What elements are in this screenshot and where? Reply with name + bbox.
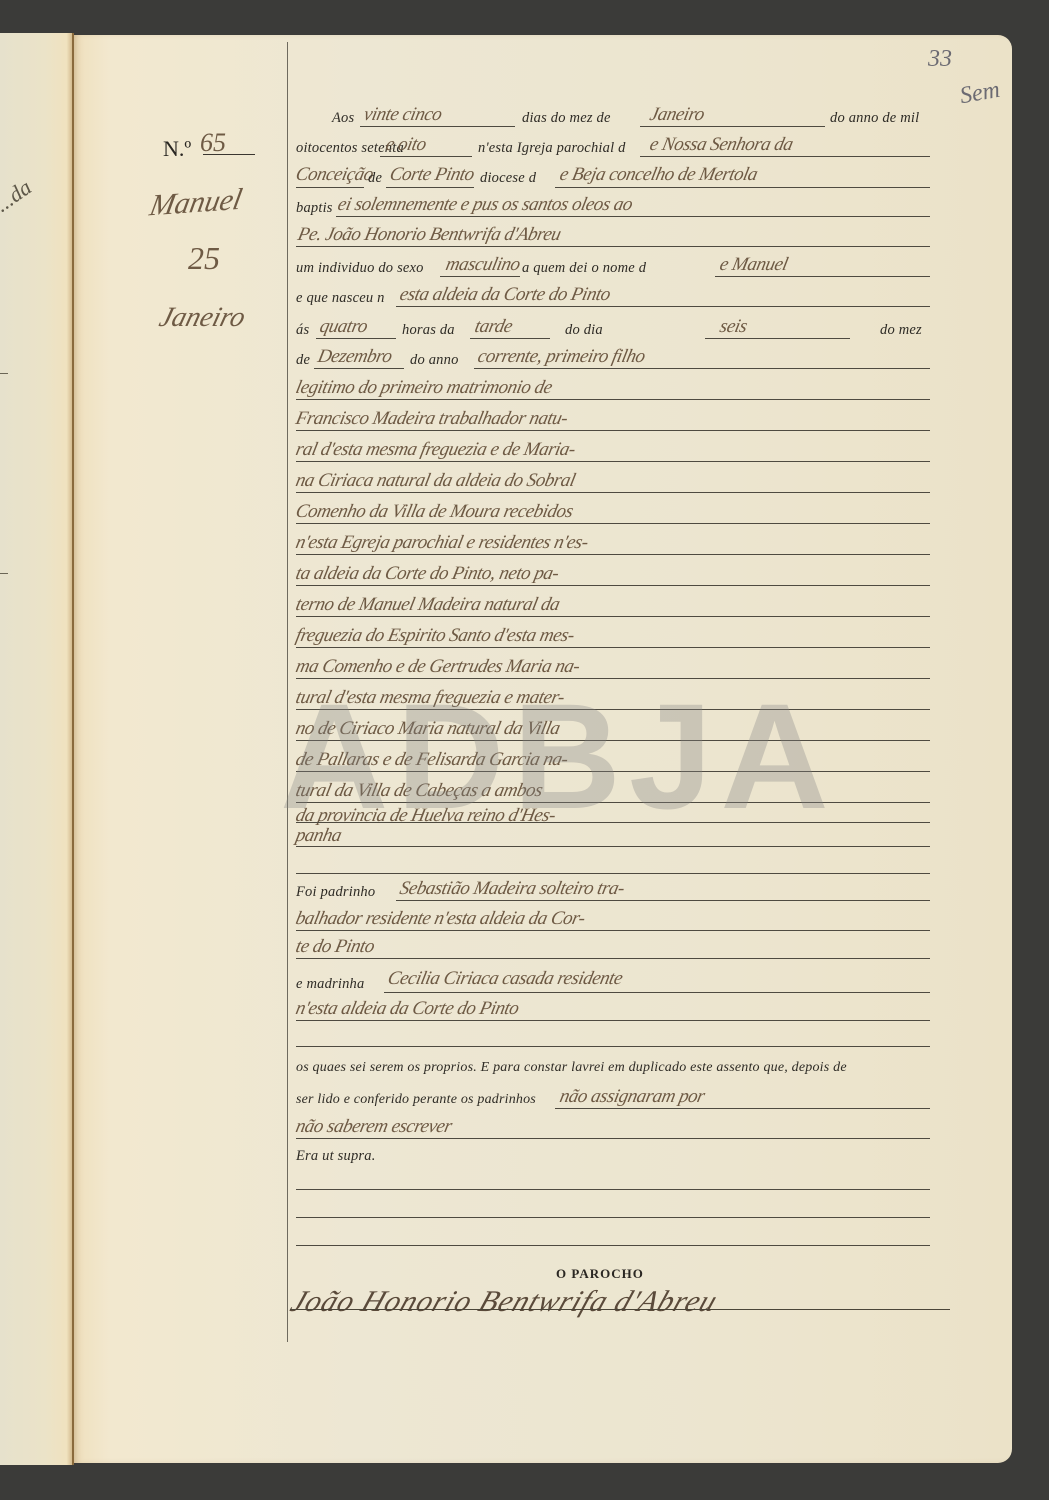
hand-closing: não saberem escrever xyxy=(294,1116,454,1138)
hand-period: tarde xyxy=(473,316,515,338)
hand-month: Janeiro xyxy=(648,104,707,126)
printed-dia: do dia xyxy=(565,322,603,339)
printed-de: de xyxy=(368,170,382,187)
fill-line xyxy=(296,616,930,617)
blank-line xyxy=(296,873,930,874)
hand-madrinha: Cecilia Ciriaca casada residente xyxy=(386,968,625,990)
parocho-title: O PAROCHO xyxy=(556,1266,644,1282)
fill-line xyxy=(555,1108,930,1109)
fill-line xyxy=(296,461,930,462)
hand-padrinho: balhador residente n'esta aldeia da Cor- xyxy=(294,908,587,930)
hand-diocese: e Beja concelho de Mertola xyxy=(558,164,760,186)
fill-line xyxy=(296,430,930,431)
fill-line xyxy=(474,368,930,369)
fill-line xyxy=(296,554,930,555)
entry-number-underline xyxy=(203,154,255,155)
hand-birth-month: Dezembro xyxy=(316,346,394,368)
printed-baptis: baptis xyxy=(296,200,333,217)
hand-birthplace: esta aldeia da Corte do Pinto xyxy=(398,284,612,306)
printed-aos: Aos xyxy=(332,110,354,127)
book-fold xyxy=(72,33,74,1465)
printed-mez: do mez xyxy=(880,322,922,339)
narrative-line: n'esta Egreja parochial e residentes n'e… xyxy=(294,532,590,554)
narrative-line: terno de Manuel Madeira natural da xyxy=(294,594,562,616)
fill-line xyxy=(296,399,930,400)
fill-line xyxy=(314,368,404,369)
hand-birth-year: corrente, primeiro filho xyxy=(476,346,647,368)
printed-era-ut-supra: Era ut supra. xyxy=(296,1148,376,1165)
narrative-line: freguezia do Espirito Santo d'esta mes- xyxy=(294,625,576,647)
narrative-line: na Ciriaca natural da aldeia do Sobral xyxy=(294,470,577,492)
printed-as: ás xyxy=(296,322,309,339)
fill-line xyxy=(470,338,550,339)
fill-line xyxy=(296,187,364,188)
archive-watermark: ADBJA xyxy=(280,670,837,843)
hand-padrinho: te do Pinto xyxy=(294,936,377,958)
fill-line xyxy=(396,306,930,307)
fill-line xyxy=(715,276,930,277)
fill-line xyxy=(296,492,930,493)
printed-nome: a quem dei o nome d xyxy=(522,260,646,277)
printed-horas: horas da xyxy=(402,322,455,339)
fill-line xyxy=(296,846,930,847)
hand-parish: e Nossa Senhora da xyxy=(648,134,795,156)
hand-name: e Manuel xyxy=(718,254,790,276)
printed-anno: do anno xyxy=(410,352,459,369)
signature-line xyxy=(290,1309,950,1310)
blank-line xyxy=(296,1046,930,1047)
fill-line xyxy=(705,338,850,339)
narrative-line: ta aldeia da Corte do Pinto, neto pa- xyxy=(294,563,561,585)
fill-line xyxy=(640,126,825,127)
margin-month: Janeiro xyxy=(156,302,249,334)
fill-line xyxy=(296,246,930,247)
fill-line xyxy=(336,216,930,217)
printed-madrinha-label: e madrinha xyxy=(296,976,364,993)
hand-year: e oito xyxy=(384,134,428,156)
hand-madrinha: n'esta aldeia da Corte do Pinto xyxy=(294,998,521,1020)
hand-closing: não assignaram por xyxy=(558,1086,707,1108)
fill-line xyxy=(396,900,930,901)
fill-line xyxy=(316,338,396,339)
printed-anno-mil: do anno de mil xyxy=(830,110,919,127)
fill-line xyxy=(296,930,930,931)
fill-line xyxy=(386,187,474,188)
blank-line xyxy=(296,1217,930,1218)
fill-line xyxy=(640,156,930,157)
entry-number-label: N.º xyxy=(163,136,191,162)
parocho-signature: João Honorio Bentwrifa d'Abreu xyxy=(286,1285,723,1319)
blank-line xyxy=(296,1245,930,1246)
printed-closing-2: ser lido e conferido perante os padrinho… xyxy=(296,1092,536,1108)
fill-line xyxy=(384,992,930,993)
left-page-line xyxy=(0,573,8,574)
printed-igreja: n'esta Igreja parochial d xyxy=(478,140,626,157)
narrative-line: legitimo do primeiro matrimonio de xyxy=(294,377,554,399)
hand-day-words: vinte cinco xyxy=(362,104,444,126)
margin-day: 25 xyxy=(188,240,220,277)
hand-padrinho: Sebastião Madeira solteiro tra- xyxy=(398,878,627,900)
printed-closing-1: os quaes sei serem os proprios. E para c… xyxy=(296,1060,847,1076)
hand-birthday: seis xyxy=(718,316,749,338)
hand-parish-cont: Conceição xyxy=(294,164,375,186)
left-page-edge: ...da xyxy=(0,33,74,1465)
hand-hour: quatro xyxy=(318,316,370,338)
fill-line xyxy=(296,647,930,648)
fill-line xyxy=(296,523,930,524)
fill-line xyxy=(440,276,520,277)
hand-priest: Pe. João Honorio Bentwrifa d'Abreu xyxy=(296,224,563,246)
hand-sex: masculino xyxy=(444,254,522,276)
narrative-line: Francisco Madeira trabalhador natu- xyxy=(294,408,570,430)
hand-baptism-text: ei solemnemente e pus os santos oleos ao xyxy=(336,194,635,216)
fill-line xyxy=(296,1020,930,1021)
narrative-line: Comenho da Villa de Moura recebidos xyxy=(294,501,575,523)
hand-place: Corte Pinto xyxy=(388,164,476,186)
printed-de: de xyxy=(296,352,310,369)
narrative-line: ral d'esta mesma freguezia e de Maria- xyxy=(294,439,577,461)
fill-line xyxy=(555,187,930,188)
left-page-line xyxy=(0,373,8,374)
left-page-handwriting: ...da xyxy=(0,174,36,217)
printed-dias-mez: dias do mez de xyxy=(522,110,611,127)
printed-diocese: diocese d xyxy=(480,170,536,187)
fill-line xyxy=(380,156,472,157)
fill-line xyxy=(296,958,930,959)
fill-line xyxy=(296,585,930,586)
fill-line xyxy=(296,1138,930,1139)
page-number: 33 xyxy=(928,46,952,73)
printed-padrinho-label: Foi padrinho xyxy=(296,884,375,901)
printed-sexo: um individuo do sexo xyxy=(296,260,424,277)
fill-line xyxy=(360,126,515,127)
blank-line xyxy=(296,1189,930,1190)
printed-nasceu: e que nasceu n xyxy=(296,290,385,307)
margin-child-name: Manuel xyxy=(147,183,245,224)
